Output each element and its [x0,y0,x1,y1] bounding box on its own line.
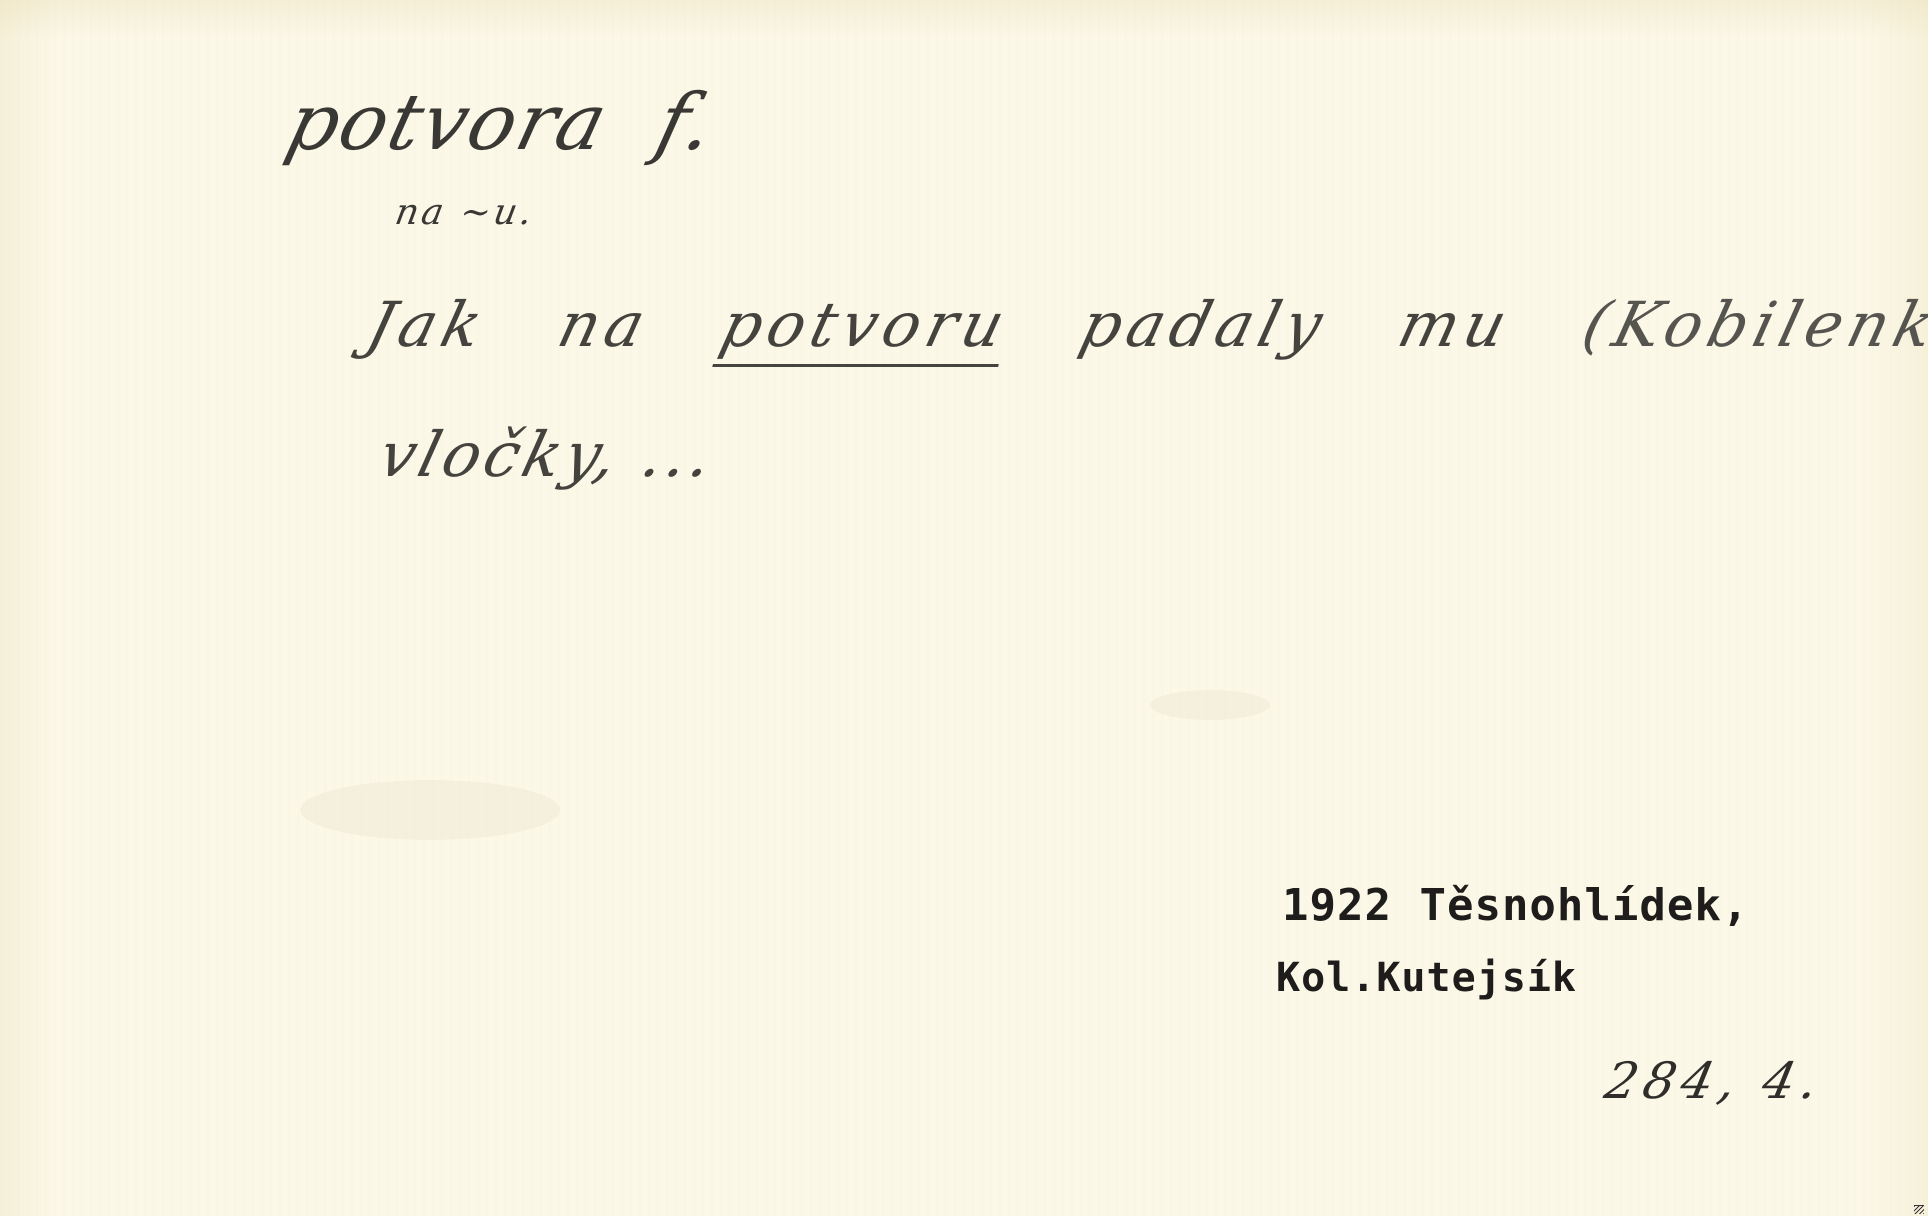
headword: potvora f. [278,78,725,168]
source-work: Kol.Kutejsík [1276,955,1577,1001]
page-reference: 284, 4. [1600,1052,1829,1110]
gender-label: f. [648,78,725,168]
grammar-note: na ~u. [392,192,538,233]
example-word: Jak [360,288,496,361]
headword-text: potvora [278,78,618,168]
paper-stain [300,780,560,840]
example-word-parenthetical: (Kobilenkovi) [1576,288,1928,361]
example-word: padaly [1073,288,1335,361]
example-sentence-line2: vločky, ... [372,418,724,491]
example-word-underlined: potvoru [714,288,1018,361]
example-word: na [551,288,658,361]
example-sentence-line1: Jak na potvoru padaly mu (Kobilenkovi) [360,288,1928,361]
source-author: Těsnohlídek, [1419,880,1749,931]
scan-corner-mark-icon [1914,1205,1924,1214]
dictionary-slip: potvora f. na ~u. Jak na potvoru padaly … [0,0,1928,1216]
paper-stain [1150,690,1270,720]
example-word: mu [1391,288,1520,361]
source-stamp-line1: 1922 Těsnohlídek, [1282,880,1749,931]
source-year: 1922 [1282,880,1392,931]
